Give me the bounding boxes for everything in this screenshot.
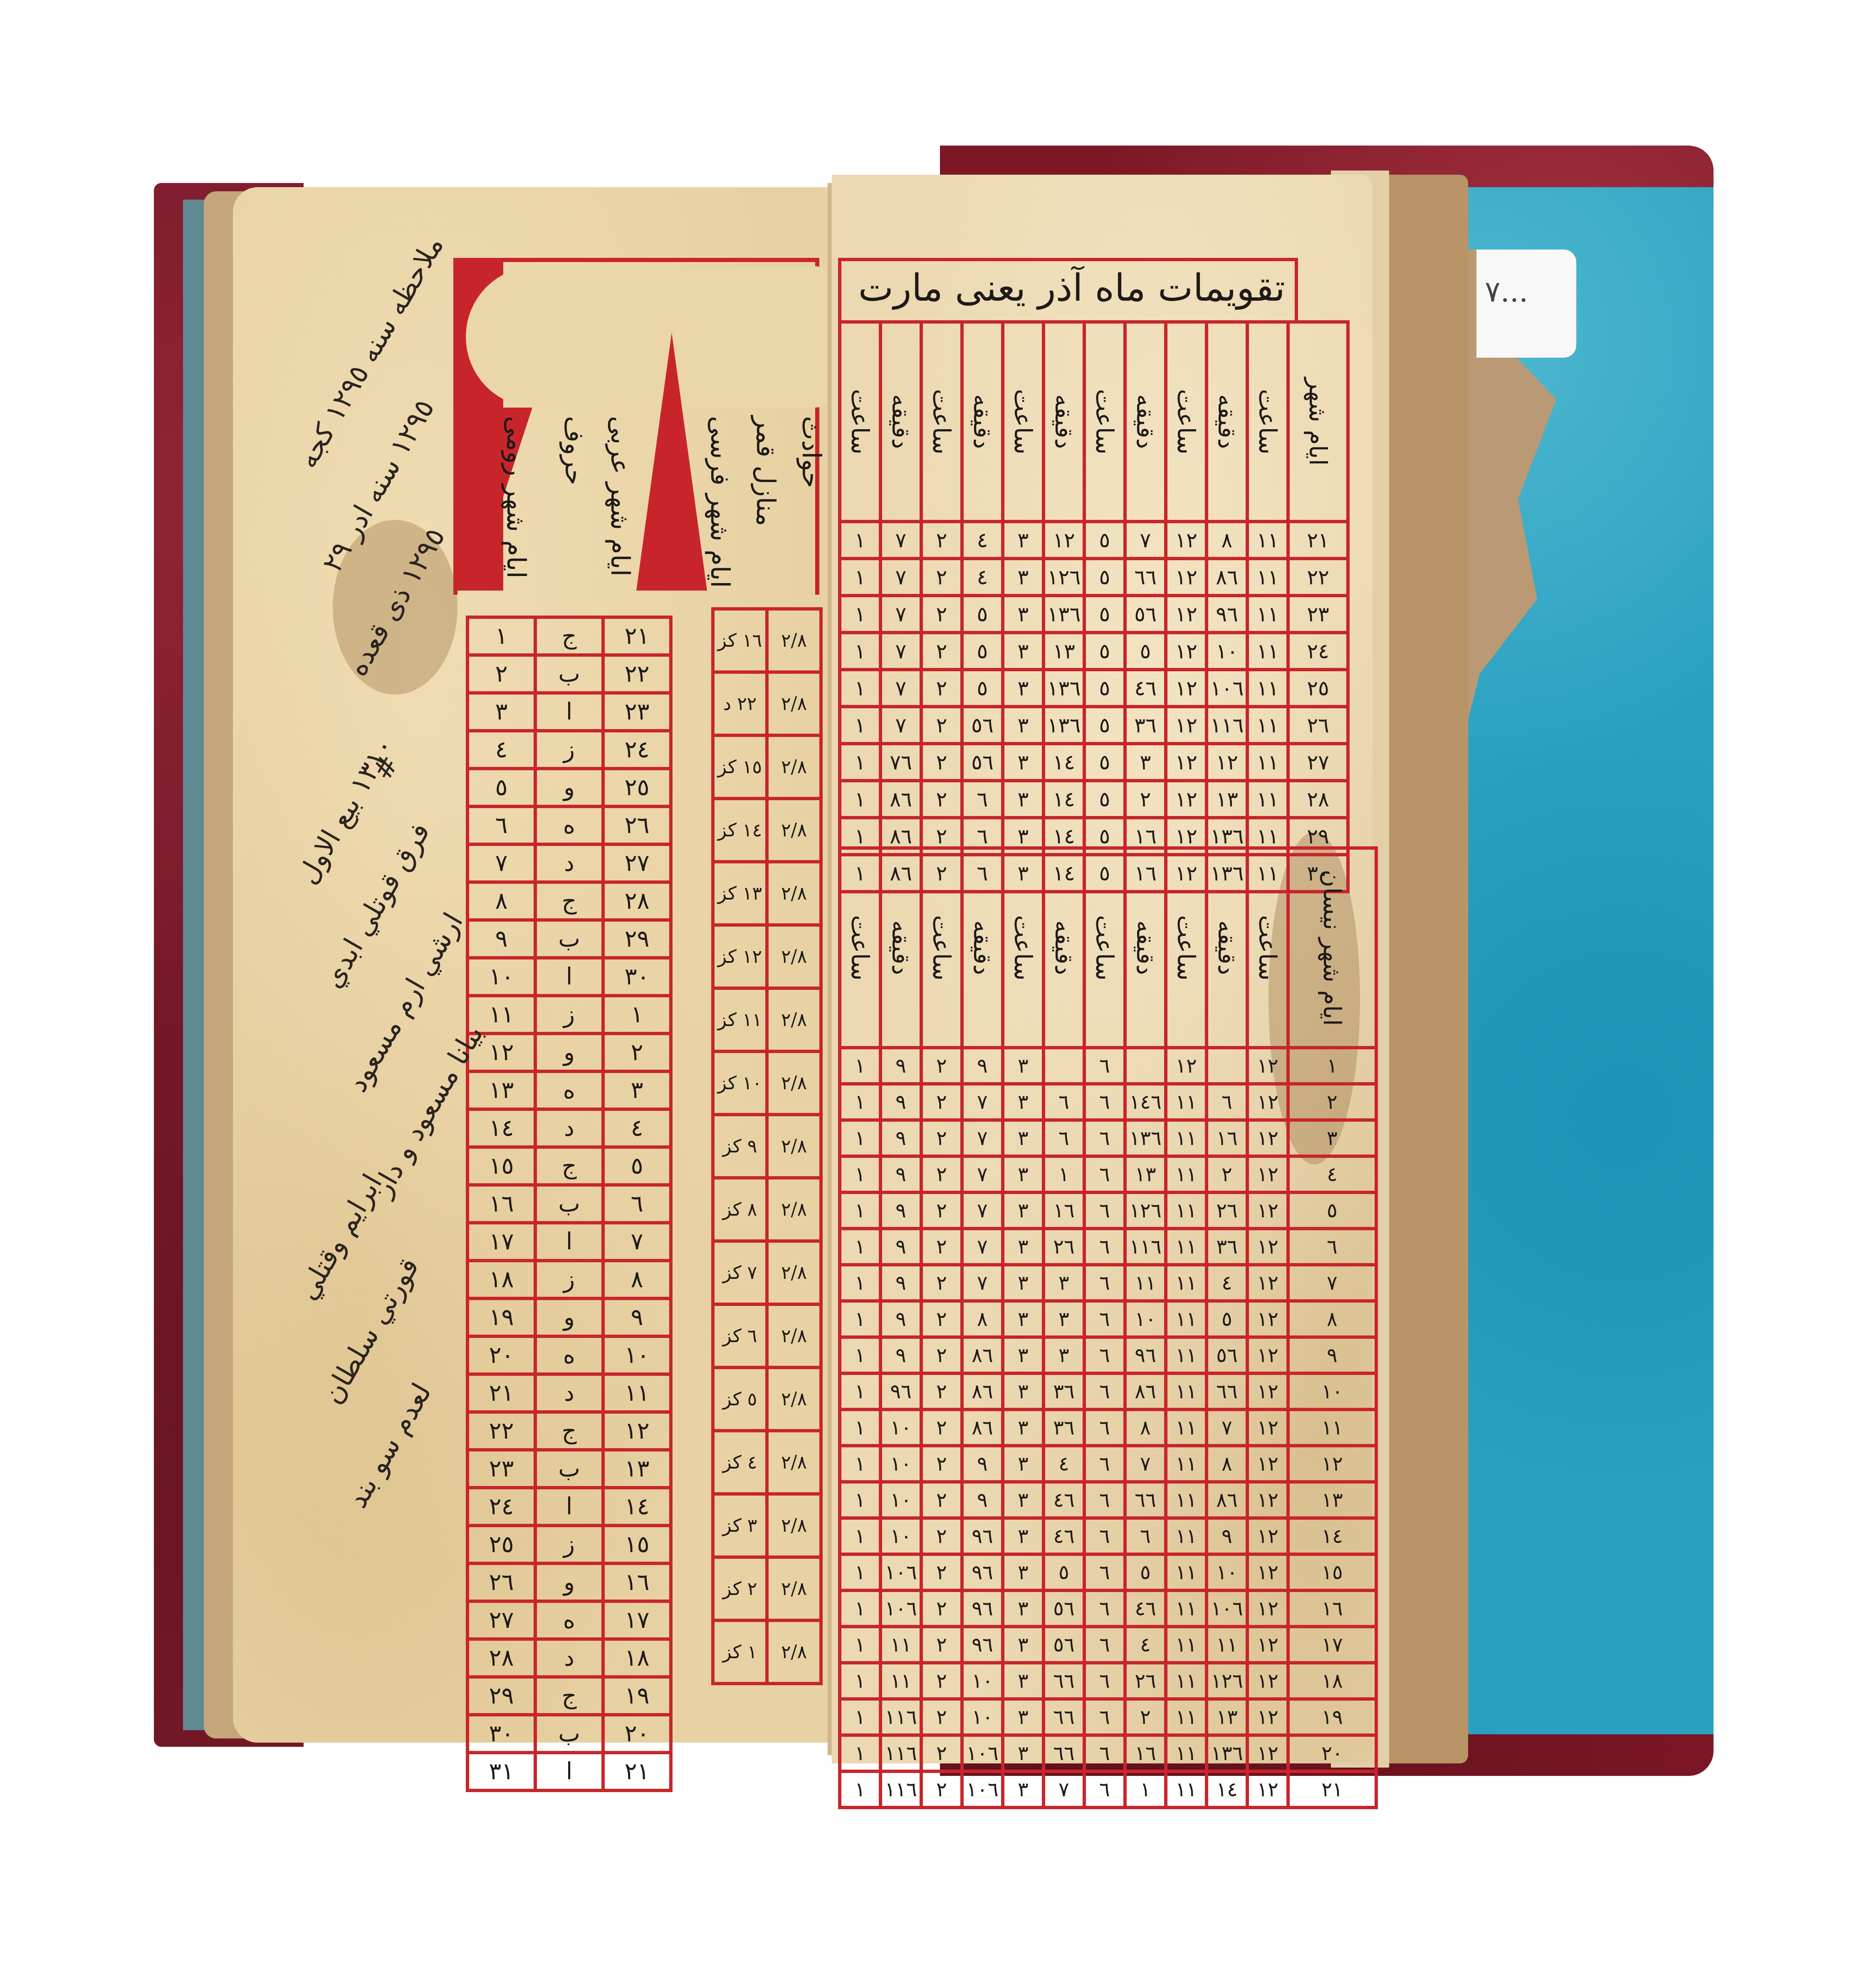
table-cell: ١٠ كز [713,1051,767,1115]
table-cell: ٧ [880,707,921,744]
table-cell: ا [535,1223,603,1261]
table-cell: ١ [840,1482,880,1518]
column-header: دقيقه [1207,848,1247,1048]
table-cell: ١٣ [1288,1482,1376,1518]
table-cell: ٣ [1003,707,1044,744]
table-row: ١١٠٢٩٣٤٦٧١١٨١٢١٢ [840,1446,1376,1482]
table-cell: ١٠٦ [880,1554,921,1590]
table-cell: ٧ [467,844,535,882]
table-cell: ٧٦ [880,744,921,781]
table-cell: ١٨ [1288,1663,1376,1699]
table-cell: ١١٦ [880,1735,921,1771]
table-row: ١ كز٢/٨ [713,1620,821,1684]
table-cell: ٥ [962,670,1003,707]
table-cell: ٧ [880,633,921,670]
table-cell: ١١ [1166,1265,1207,1301]
table-cell: ٢٢ [603,655,671,693]
table-cell: ٩ كز [713,1115,767,1178]
table-row: ١٧ا٧ [467,1223,671,1261]
table-cell: ٥ [1207,1301,1247,1337]
table-row: ١٢و٢ [467,1034,671,1071]
table-cell: ٤٦ [1044,1482,1084,1518]
table-cell: ٤ [1044,1446,1084,1482]
table-cell: ١٧ [1288,1627,1376,1663]
table-cell: ٥ [1084,596,1125,633]
table-row: ٢٨د١٨ [467,1639,671,1677]
table-cell: ٥ [1084,522,1125,559]
table-row: ١٧٢٤٣١٢٥٧١٢٨١١٢١ [840,522,1348,559]
table-row: ١٩٢٧٣٦٦١٤٦١١٦١٢٢ [840,1084,1376,1120]
table-row: ١٦ كز٢/٨ [713,609,821,672]
table-cell: ٨٦ [962,1409,1003,1446]
table-cell: ١٠ [880,1409,921,1446]
table-cell: ٦ [1084,1446,1125,1482]
table-cell: ٦ [1084,1337,1125,1373]
table-row: ١٨٦٢٦٣١٤٥٢١٢١٣١١٢٨ [840,781,1348,818]
table-cell: ١١ [1247,596,1288,633]
table-row: ١٣ه٣ [467,1071,671,1109]
table-cell: ه [535,806,603,844]
table-cell: ٥ [603,1147,671,1185]
table-cell: ز [535,996,603,1034]
table-cell: ١٩ [467,1298,535,1336]
table-cell: ٢/٨ [767,988,821,1051]
table-cell: ٢ [921,707,962,744]
table-cell: ١٢ [1247,1590,1288,1627]
table-cell: ٢ [921,1373,962,1409]
table-cell: ١٥ [603,1526,671,1563]
table-cell: ٢ [921,1265,962,1301]
table-cell: ٢٨ [1288,781,1348,818]
table-cell: ٢٨ [467,1639,535,1677]
table-row: ٦ه٢٦ [467,806,671,844]
table-cell: ٣١ [467,1753,535,1790]
table-cell: ٨ [603,1261,671,1298]
table-cell: ١١ [1247,707,1288,744]
table-cell: ١٣ [467,1071,535,1109]
table-cell: ١٣ [1207,781,1247,818]
table-cell: ١٥ كز [713,735,767,799]
table-cell: ٣ [1003,1771,1044,1807]
table-cell: ١٢ [1166,744,1207,781]
table-cell: ٨ [962,1301,1003,1337]
table-cell: ٨٦ [880,781,921,818]
table-cell: ٥ [1288,1192,1376,1229]
table-cell: ٢٦ [1288,707,1348,744]
table-row: ١٠ كز٢/٨ [713,1051,821,1115]
table-cell: ١١ [1166,1590,1207,1627]
table-row: ١٠ا٣٠ [467,958,671,996]
column-header: ساعت [921,322,962,522]
table-cell: ١١ [1166,1518,1207,1554]
left-calendar-table: ١ج٢١٢ب٢٢٣ا٢٣٤ز٢٤٥و٢٥٦ه٢٦٧د٢٧٨ج٢٨٩ب٢٩١٠ا٣… [466,616,673,1792]
table-cell: ٣ [1003,1482,1044,1518]
table-cell: ١٣٦ [1044,707,1084,744]
table-cell: ا [535,958,603,996]
table-cell: ٩٦ [962,1554,1003,1590]
table-cell: ٣ كز [713,1494,767,1557]
column-header: ساعت [840,322,880,522]
table-cell: ١١٦ [1207,707,1247,744]
table-cell: ١٢٦ [1207,1663,1247,1699]
table-cell: ٦ [1084,1301,1125,1337]
table-cell: ١٩ [1288,1699,1376,1735]
table-cell: ١٢ [1166,596,1207,633]
table-cell: ٢٧ [467,1601,535,1639]
table-row: ١١٠٢٩٦٣٤٦٦٦١١٩١٢١٤ [840,1518,1376,1554]
blank-cartouche [466,266,832,408]
table-cell: ٣ [1003,522,1044,559]
table-cell: ٦ [1125,1518,1166,1554]
table-cell: ج [535,1412,603,1450]
table-cell: ٧ [603,1223,671,1261]
table-cell: ب [535,920,603,958]
table-cell: ٢/٨ [767,1051,821,1115]
column-header: دقيقه [1044,322,1084,522]
table-cell: ٤ [962,522,1003,559]
table-row: ٩ب٢٩ [467,920,671,958]
table-cell: ١ [840,1156,880,1192]
table-cell: ٩ [880,1120,921,1156]
table-cell: ١٢٦ [1044,559,1084,596]
table-row: ١٩٢٧٣٦٦١٣٦١١١٦١٢٣ [840,1120,1376,1156]
table-row: ٢٥ز١٥ [467,1526,671,1563]
table-cell: ١ [840,1120,880,1156]
table-row: ١١١٦٢١٠٦٣٧٦١١١١٤١٢٢١ [840,1771,1376,1807]
table-cell: ٩٦ [962,1518,1003,1554]
table-cell: ١٠٦ [962,1735,1003,1771]
table-cell: ١٠٦ [962,1771,1003,1807]
table-cell: ١ [840,1192,880,1229]
table-cell: ١٠٦ [1207,1590,1247,1627]
table-cell: ٧ [1288,1265,1376,1301]
table-cell: ٤ [467,731,535,769]
table-cell: ٧ [1125,1446,1166,1482]
table-cell: ١١ [1166,1156,1207,1192]
table-cell: ٣٦ [1125,707,1166,744]
table-cell: ٢٥ [1288,670,1348,707]
table-cell: ٢/٨ [767,1304,821,1367]
table-cell: ١ [840,1735,880,1771]
table-cell: ٢٠ [1288,1735,1376,1771]
table-cell: ٧ [880,559,921,596]
table-cell: ٨٦ [962,1337,1003,1373]
table-cell: ب [535,1450,603,1488]
table-cell: ٢/٨ [767,609,821,672]
table-cell: ٣ [1003,1156,1044,1192]
table-cell: ٦ [1084,1663,1125,1699]
table-cell: ١١ [1125,1265,1166,1301]
table-cell: ٧ [1125,522,1166,559]
table-cell: ٢١ [1288,522,1348,559]
column-header: ايام شهر [1288,322,1348,522]
table-cell: ٣ [1003,670,1044,707]
table-cell: ٢١ [1288,1771,1376,1807]
table-cell: ١٢ [1166,1048,1207,1084]
table-cell: ٧ [962,1229,1003,1265]
table-cell: ١١ [1166,1663,1207,1699]
table-cell: ١٢ [1288,1446,1376,1482]
table-cell: ٦ [1084,1590,1125,1627]
table-cell: ٥ [962,633,1003,670]
table-cell: ١١٦ [880,1699,921,1735]
table-row: ٨ج٢٨ [467,882,671,920]
table-cell: ٩ [880,1337,921,1373]
table-cell: ٣ [1003,744,1044,781]
table-cell: ٨ [1207,522,1247,559]
table-row: ٢٠ه١٠ [467,1336,671,1374]
table-cell: ٢ [921,1554,962,1590]
table-cell: ١٧ [467,1223,535,1261]
table-cell: ج [535,882,603,920]
table-cell: ٢٦ [1044,1229,1084,1265]
table-cell: ١١ [1166,1446,1207,1482]
table-row: ٢٣ب١٣ [467,1450,671,1488]
table-cell: ١٠ [1207,1554,1247,1590]
table-cell: ١٦ [603,1563,671,1601]
table-cell: ٨٦ [962,1373,1003,1409]
table-cell: ٦ [1084,1265,1125,1301]
table-cell: ٢ [921,1048,962,1084]
table-row: ١٩٢٨٦٣٣٦٩٦١١٥٦١٢٩ [840,1337,1376,1373]
table-cell: ١٢ [1247,1120,1288,1156]
table-cell: ١٩ [603,1677,671,1715]
table-cell: ا [535,1488,603,1526]
table-cell: ٧ [962,1265,1003,1301]
table-row: ٧ كز٢/٨ [713,1241,821,1304]
table-cell: ٦ [1084,1084,1125,1120]
table-cell: ٧ كز [713,1241,767,1304]
table-cell: ٢٤ [467,1488,535,1526]
table-cell: ١٠ [603,1336,671,1374]
table-row: ٣١ا٢١ [467,1753,671,1790]
table-cell: ٢ [921,1735,962,1771]
table-row: ٥ كز٢/٨ [713,1367,821,1431]
table-cell: ٦ [1084,1735,1125,1771]
column-header: ساعت [1084,848,1125,1048]
table-cell: ٢/٨ [767,1620,821,1684]
table-cell: ه [535,1336,603,1374]
table-row: ٢ كز٢/٨ [713,1557,821,1620]
table-cell: ١٣ كز [713,862,767,925]
table-cell: ٣ [1003,596,1044,633]
table-cell: ١٣٦ [1125,1120,1166,1156]
table-cell: ٢ [921,1301,962,1337]
table-cell: ١٢ [1247,1446,1288,1482]
table-cell: ٩ [880,1301,921,1337]
table-cell: ٢ [921,670,962,707]
table-cell: ٤٦ [1044,1518,1084,1554]
table-cell: ١٠٦ [1207,670,1247,707]
table-cell: ١٠٦ [880,1590,921,1627]
table-row: ١١٠٢٩٣٤٦٦٦٦١١٨٦١٢١٣ [840,1482,1376,1518]
table-cell: ١١ [1166,1627,1207,1663]
table-cell: ٣٦ [1207,1229,1247,1265]
table-cell: ٥٦ [1125,596,1166,633]
table-cell: ٣ [467,693,535,731]
table-cell: ٢٠ [467,1336,535,1374]
table-cell: ٢٦ [467,1563,535,1601]
table-cell: ٩ [1207,1518,1247,1554]
table-cell: ٤٦ [1125,1590,1166,1627]
table-cell: ٢ [921,744,962,781]
column-header: دقيقه [1125,848,1166,1048]
table-cell: ١٢ [1247,1735,1288,1771]
table-row: ١١١٢٩٦٣٥٦٦٤١١١١١٢١٧ [840,1627,1376,1663]
table-cell: ٦ [1207,1084,1247,1120]
table-cell: ١١ [1247,670,1288,707]
table-cell: ٨٦ [1207,559,1247,596]
column-header: ساعت [1166,848,1207,1048]
table-cell: ٣ [1003,1554,1044,1590]
table-row: ١٢ كز٢/٨ [713,925,821,988]
table-cell: ٢٥ [603,769,671,806]
table-cell: ٦ [1084,1120,1125,1156]
table-cell: ٦ [1288,1229,1376,1265]
table-cell: ٣ [1003,1265,1044,1301]
table-cell: ٢٩ [467,1677,535,1715]
table-cell: ١١ [1247,781,1288,818]
table-cell: ٢ [921,1518,962,1554]
table-cell: ٩ [880,1084,921,1120]
table-cell: ٢/٨ [767,1115,821,1178]
table-cell: ١٣٦ [1044,596,1084,633]
table-cell: ٢ [921,781,962,818]
table-cell: ٣ [1003,1735,1044,1771]
table-cell: ١ [840,1301,880,1337]
table-cell: ٦ [1084,1518,1125,1554]
table-cell: ١٨ [467,1261,535,1298]
table-row: ٢ب٢٢ [467,655,671,693]
table-cell: ٦ [1044,1084,1084,1120]
table-cell: ٢ [921,1627,962,1663]
table-cell: ١٦ [467,1185,535,1223]
column-header: ساعت [1247,848,1288,1048]
table-cell: ٢/٨ [767,1178,821,1241]
table-cell: ٢٢ د [713,672,767,735]
table-cell: ٢ [1288,1084,1376,1120]
table-row: ١٩٢٧٣١٦١٣١١٢١٢٤ [840,1156,1376,1192]
table-cell: ٥ [1125,633,1166,670]
table-cell: ٩ [880,1156,921,1192]
table-cell: ٢٧ [1288,744,1348,781]
table-cell: ٣ [1003,1663,1044,1699]
table-cell: ١٢ [1247,1156,1288,1192]
table-cell: ١ [840,744,880,781]
table-cell: ١١ [1247,744,1288,781]
table-cell: ٦ [603,1185,671,1223]
table-cell: ٢ [1125,1699,1166,1735]
table-cell: ١ [840,670,880,707]
table-cell: ب [535,1715,603,1753]
table-cell: ١ [840,559,880,596]
table-cell: ١٦ كز [713,609,767,672]
table-cell: ١٤ [1044,781,1084,818]
table-cell: ٣ [1003,1192,1044,1229]
column-header: ساعت [921,848,962,1048]
table-cell: ١٠ [1207,633,1247,670]
table-cell: ٧ [962,1120,1003,1156]
table-cell: ١٥ [1288,1554,1376,1590]
table-cell: ١٢ [1247,1048,1288,1084]
table-cell: ٩ [880,1229,921,1265]
table-cell: ٢ [921,1156,962,1192]
table-cell: ٢/٨ [767,1557,821,1620]
column-header: دقيقه [1125,322,1166,522]
table-cell: ٢/٨ [767,799,821,862]
table-cell: ١١ [1166,1192,1207,1229]
table-cell: ا [535,693,603,731]
table-cell: ٢ [921,1482,962,1518]
table-cell: ٦ [1084,1627,1125,1663]
table-cell: ز [535,1526,603,1563]
table-cell: ١١ [1247,633,1288,670]
table-row: ٢٤ا١٤ [467,1488,671,1526]
table-cell: ٢ [921,1192,962,1229]
table-cell: ١١ [1166,1409,1207,1446]
table-cell: ١١ [603,1374,671,1412]
table-cell: ١٠ [962,1699,1003,1735]
table-cell: ١٥ [467,1147,535,1185]
table-cell: ٢ [921,596,962,633]
table-cell: ٧ [962,1192,1003,1229]
table-row: ٨ كز٢/٨ [713,1178,821,1241]
table-cell: ٢٣ [603,693,671,731]
table-cell: ٣٠ [467,1715,535,1753]
table-cell: ٣ [1003,781,1044,818]
table-cell: د [535,1639,603,1677]
table-cell: ١١ [880,1663,921,1699]
table-cell: ٨ [1288,1301,1376,1337]
table-cell: ٣ [1003,1699,1044,1735]
table-cell: ٣ [1003,633,1044,670]
table-cell: ٥ [1044,1554,1084,1590]
table-cell: ٣ [1003,1627,1044,1663]
table-row: ١٧٢٥٦٣١٣٦٥٣٦١٢١١٦١١٢٦ [840,707,1348,744]
table-cell: ٤ [603,1109,671,1147]
table-cell: ٢ كز [713,1557,767,1620]
table-cell: ه [535,1601,603,1639]
table-cell: ٧ [1044,1771,1084,1807]
table-cell: ٧ [880,522,921,559]
table-cell: ١٨ [603,1639,671,1677]
table-cell: ٤ [1207,1265,1247,1301]
table-cell: ١٣ [603,1450,671,1488]
table-cell: ٣ [1044,1265,1084,1301]
table-cell: ١ [840,633,880,670]
table-row: ١٩٢٧٣٣٦١١١١٤١٢٧ [840,1265,1376,1301]
table-row: ١٥ كز٢/٨ [713,735,821,799]
table-row: ٢٧ه١٧ [467,1601,671,1639]
table-cell: ٩ [962,1482,1003,1518]
column-header: ساعت [1166,322,1207,522]
table-cell: ٥ [467,769,535,806]
table-cell: ٣ [1288,1120,1376,1156]
table-cell: ٢ [921,1771,962,1807]
table-cell: ١ [840,1699,880,1735]
right-table-bottom: ساعتدقيقهساعتدقيقهساعتدقيقهساعتدقيقهساعت… [838,846,1378,1809]
table-row: ١ج٢١ [467,617,671,655]
table-cell: ١١ [1166,1084,1207,1120]
table-cell: ٢/٨ [767,1494,821,1557]
table-cell: و [535,1034,603,1071]
table-row: ١١٠٦٢٩٦٣٥٦٦٤٦١١١٠٦١٢١٦ [840,1590,1376,1627]
table-cell: ٥ [962,596,1003,633]
table-cell: ا [535,1753,603,1790]
table-row: ١١٠٢٨٦٣٣٦٦٨١١٧١٢١١ [840,1409,1376,1446]
table-row: ١٩٢٧٣٢٦٦١١٦١١٣٦١٢٦ [840,1229,1376,1265]
table-row: ٣٠ب٢٠ [467,1715,671,1753]
